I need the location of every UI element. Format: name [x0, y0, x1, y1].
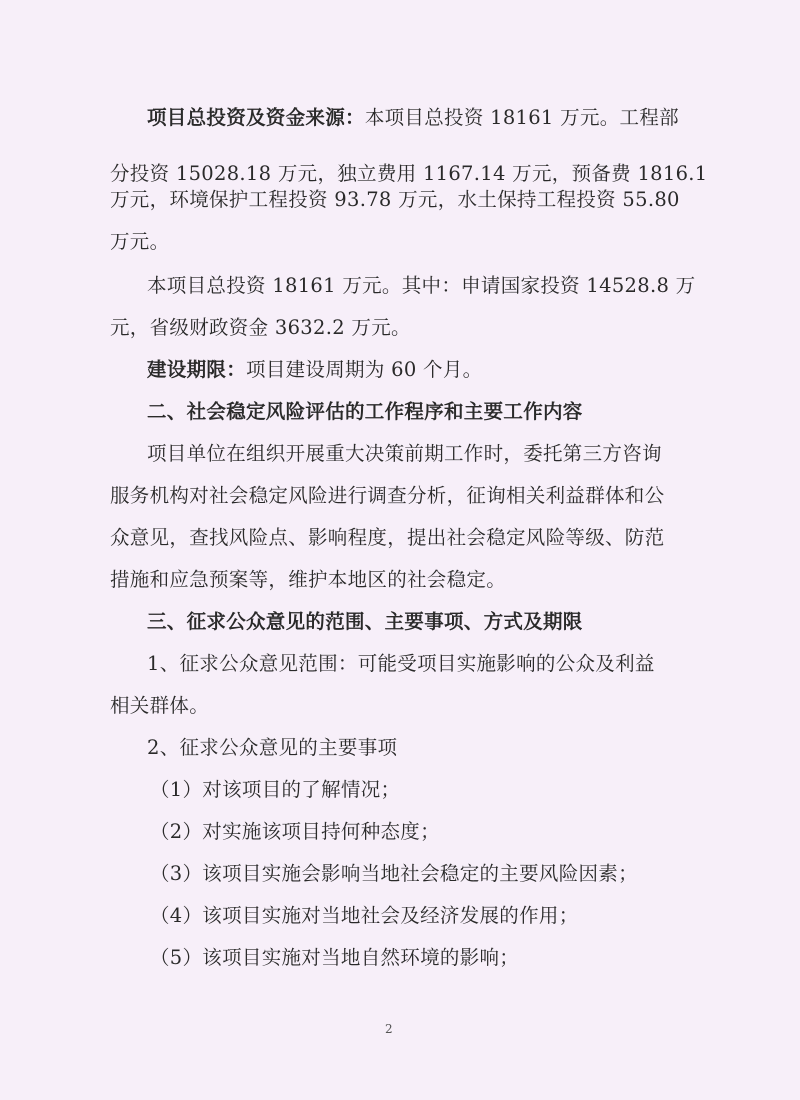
paragraph-line: 众意见，查找风险点、影响程度，提出社会稳定风险等级、防范	[110, 524, 664, 552]
list-item: （2）对实施该项目持何种态度；	[150, 818, 440, 846]
paragraph-line: 项目总投资及资金来源：本项目总投资 18161 万元。工程部	[147, 104, 679, 132]
paragraph-line: 建设期限：项目建设周期为 60 个月。	[147, 356, 482, 384]
paragraph-line: 项目单位在组织开展重大决策前期工作时，委托第三方咨询	[147, 440, 662, 468]
list-item: （1）对该项目的了解情况；	[150, 776, 400, 804]
bold-lead: 项目总投资及资金来源：	[147, 106, 365, 129]
page-number: 2	[385, 1022, 393, 1036]
paragraph-line: 分投资 15028.18 万元，独立费用 1167.14 万元，预备费 1816…	[110, 160, 708, 188]
paragraph-line: 2、征求公众意见的主要事项	[147, 734, 397, 762]
paragraph-line: 1、征求公众意见范围：可能受项目实施影响的公众及利益	[147, 650, 655, 678]
list-item: （5）该项目实施对当地自然环境的影响；	[150, 944, 519, 972]
paragraph-line: 万元。	[110, 228, 169, 256]
paragraph-line: 元，省级财政资金 3632.2 万元。	[110, 314, 411, 342]
section-heading: 二、社会稳定风险评估的工作程序和主要工作内容	[147, 398, 583, 426]
list-item: （3）该项目实施会影响当地社会稳定的主要风险因素；	[150, 860, 638, 888]
section-heading: 三、征求公众意见的范围、主要事项、方式及期限	[147, 608, 583, 636]
list-item: （4）该项目实施对当地社会及经济发展的作用；	[150, 902, 579, 930]
paragraph-line: 相关群体。	[110, 692, 209, 720]
bold-lead: 建设期限：	[147, 358, 246, 381]
paragraph-line: 服务机构对社会稳定风险进行调查分析，征询相关利益群体和公	[110, 482, 664, 510]
paragraph-line: 本项目总投资 18161 万元。其中：申请国家投资 14528.8 万	[147, 272, 695, 300]
paragraph-line: 万元，环境保护工程投资 93.78 万元，水土保持工程投资 55.80	[110, 186, 680, 214]
paragraph-line: 措施和应急预案等，维护本地区的社会稳定。	[110, 566, 506, 594]
document-page: 项目总投资及资金来源：本项目总投资 18161 万元。工程部 分投资 15028…	[0, 0, 800, 1100]
